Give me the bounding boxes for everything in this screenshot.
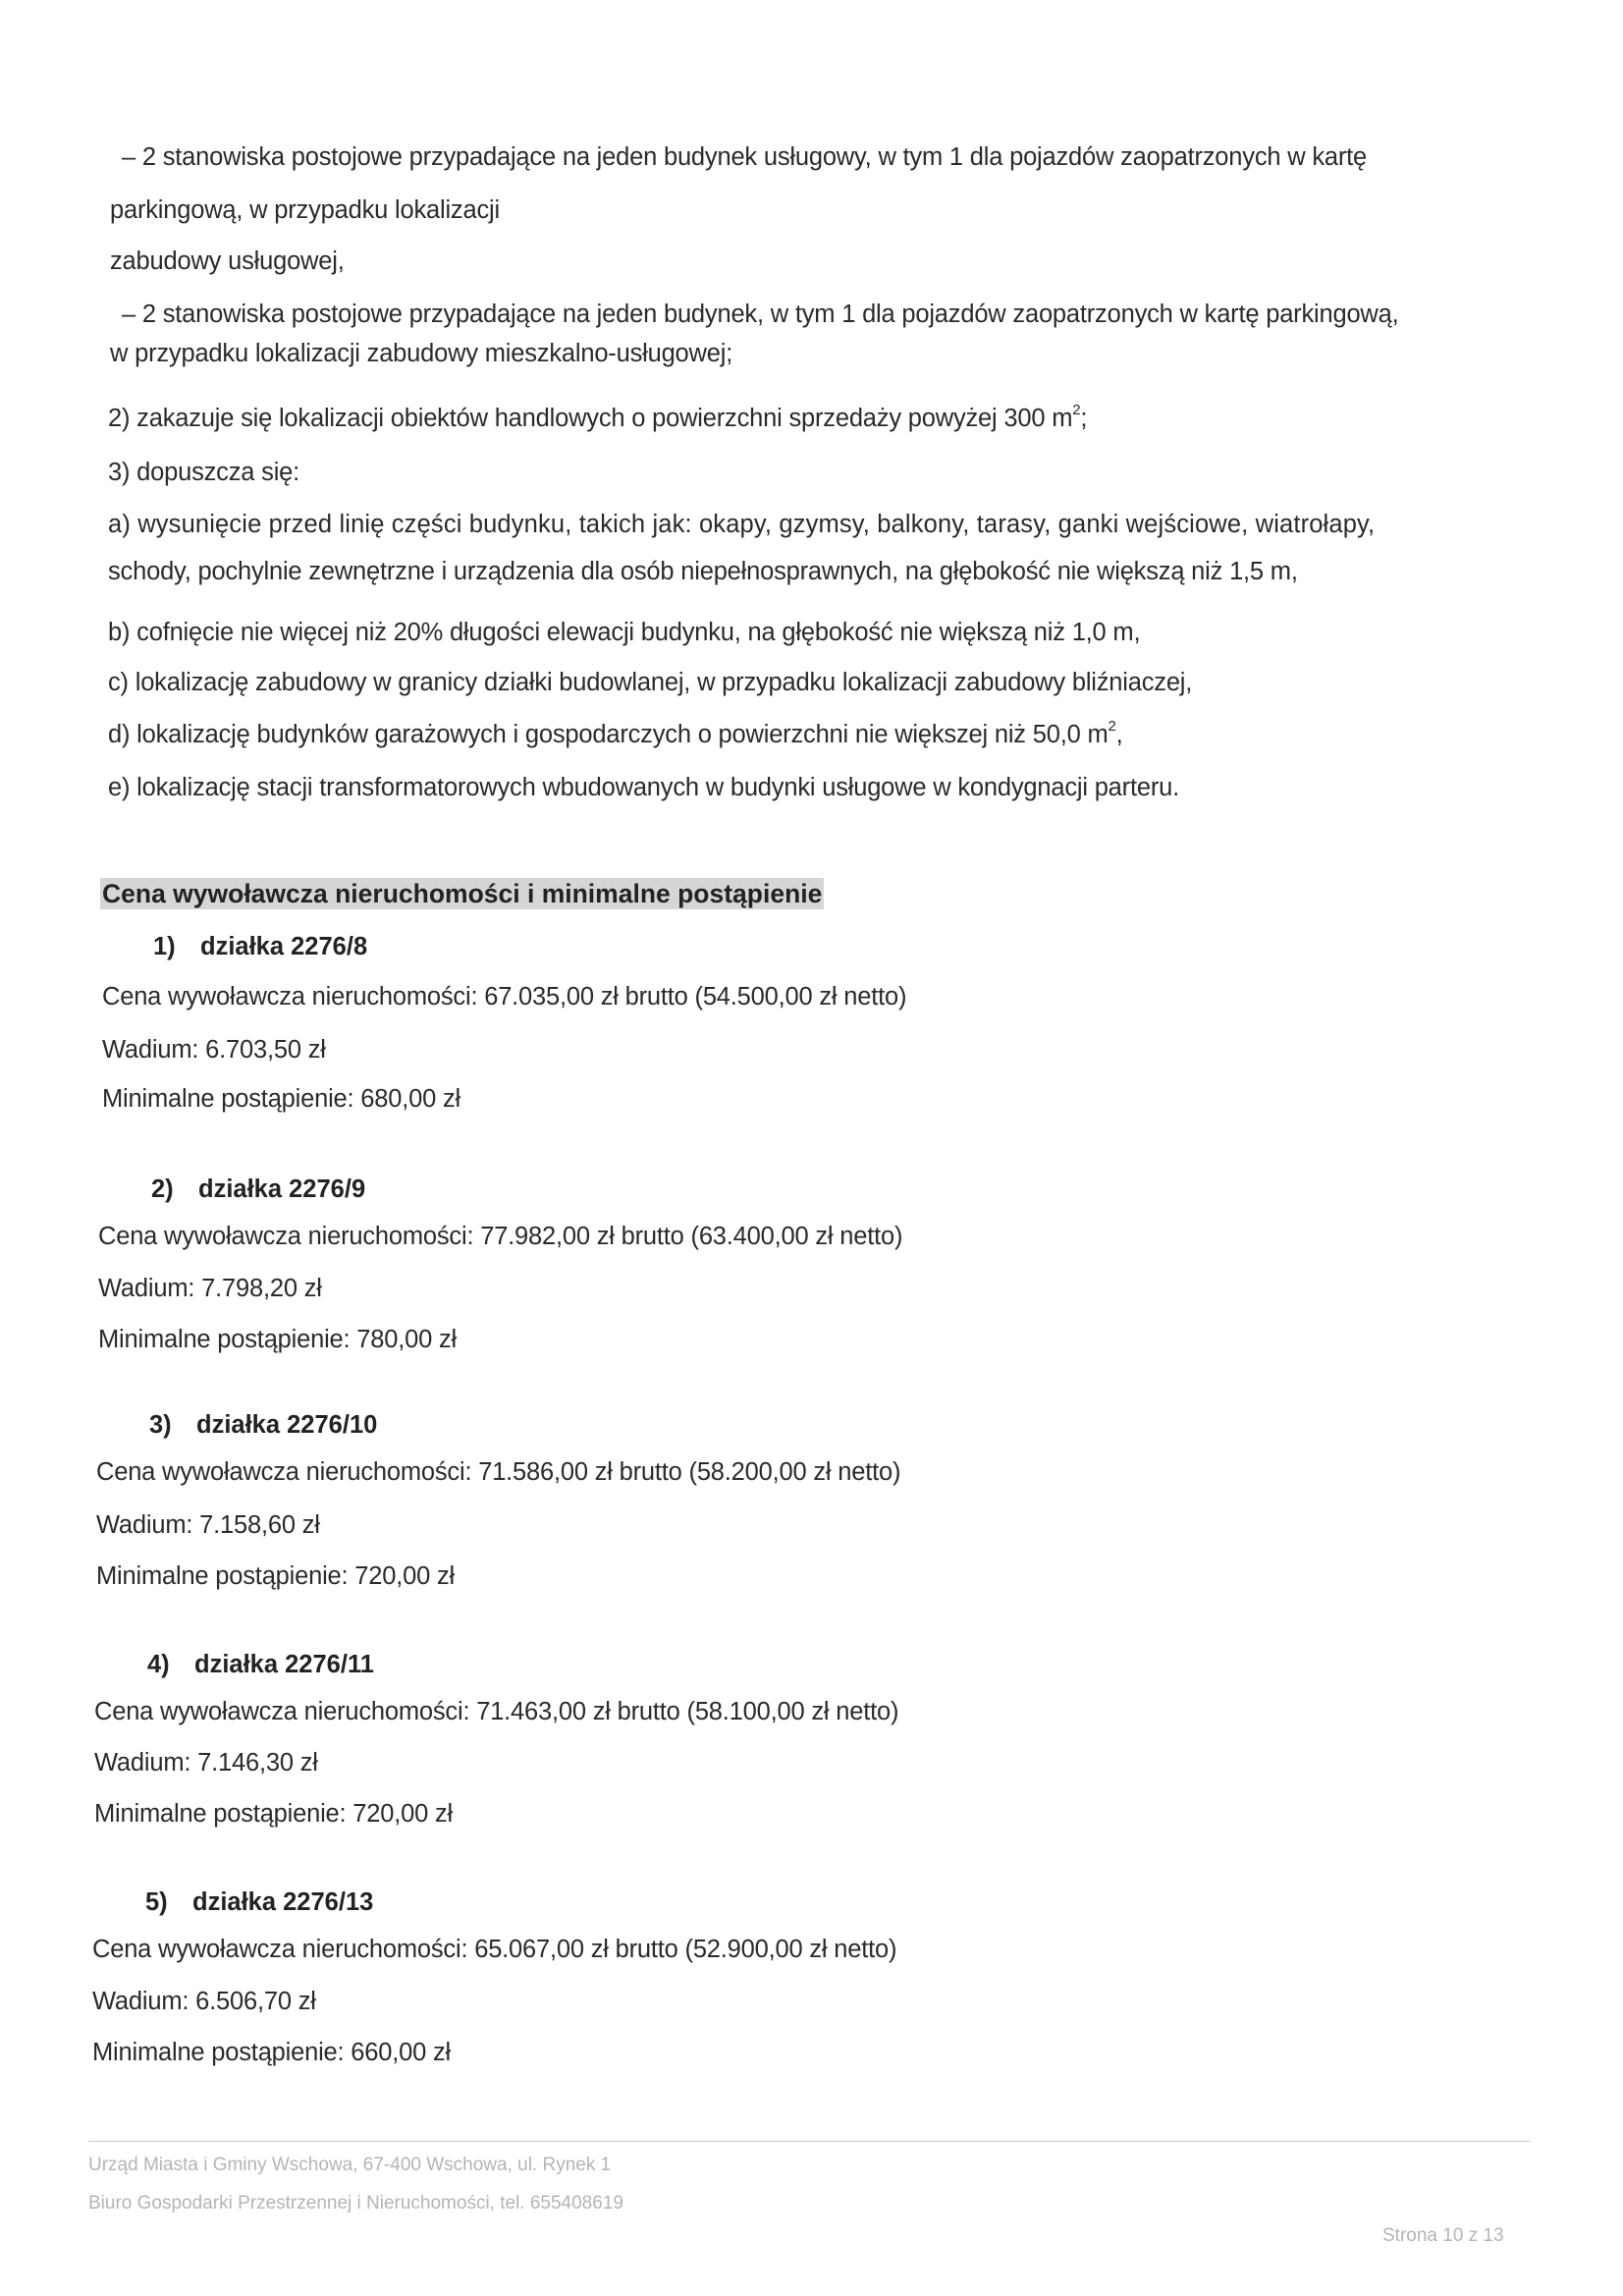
- plot-name: działka 2276/10: [196, 1411, 377, 1439]
- plot-deposit: Wadium: 6.506,70 zł: [92, 1986, 316, 2017]
- superscript: 2: [1109, 718, 1116, 735]
- footer-office: Biuro Gospodarki Przestrzennej i Nieruch…: [88, 2192, 623, 2215]
- plot-min-bid: Minimalne postąpienie: 720,00 zł: [94, 1798, 453, 1830]
- plot-price: Cena wywoławcza nieruchomości: 71.586,00…: [96, 1456, 900, 1488]
- plot-deposit: Wadium: 7.146,30 zł: [94, 1747, 318, 1778]
- plot-name: działka 2276/9: [198, 1175, 365, 1203]
- plot-deposit: Wadium: 7.798,20 zł: [98, 1273, 322, 1304]
- plot-name: działka 2276/13: [192, 1888, 373, 1916]
- rule-3: 3) dopuszcza się:: [108, 457, 299, 488]
- plot-price: Cena wywoławcza nieruchomości: 77.982,00…: [98, 1221, 902, 1252]
- plot-min-bid: Minimalne postąpienie: 680,00 zł: [102, 1083, 460, 1115]
- plot-price: Cena wywoławcza nieruchomości: 71.463,00…: [94, 1696, 898, 1727]
- plot-number: 1): [153, 931, 200, 962]
- footer-address: Urząd Miasta i Gminy Wschowa, 67-400 Wsc…: [88, 2154, 611, 2177]
- plot-title: 2)działka 2276/9: [151, 1174, 365, 1205]
- plot-min-bid: Minimalne postąpienie: 660,00 zł: [92, 2037, 451, 2068]
- plot-number: 3): [149, 1409, 196, 1441]
- plot-title: 1)działka 2276/8: [153, 931, 367, 962]
- plot-number: 2): [151, 1174, 198, 1205]
- rule-3c: c) lokalizację zabudowy w granicy działk…: [108, 667, 1192, 698]
- plot-title: 3)działka 2276/10: [149, 1409, 377, 1441]
- plot-number: 5): [145, 1886, 192, 1918]
- plot-min-bid: Minimalne postąpienie: 720,00 zł: [96, 1560, 455, 1592]
- rule-3d-tail: ,: [1116, 721, 1123, 748]
- rule-2: 2) zakazuje się lokalizacji obiektów han…: [108, 403, 1087, 438]
- rule-3e: e) lokalizację stacji transformatorowych…: [108, 772, 1179, 803]
- plot-name: działka 2276/11: [194, 1651, 374, 1678]
- page-number: Strona 10 z 13: [1382, 2224, 1504, 2248]
- plot-number: 4): [147, 1649, 194, 1680]
- plot-price: Cena wywoławcza nieruchomości: 67.035,00…: [102, 981, 906, 1012]
- plot-deposit: Wadium: 6.703,50 zł: [102, 1034, 326, 1066]
- rule-3d-text: d) lokalizację budynków garażowych i gos…: [108, 721, 1109, 748]
- body-line: zabudowy usługowej,: [110, 246, 345, 277]
- plot-title: 4)działka 2276/11: [147, 1649, 374, 1680]
- rule-2-tail: ;: [1080, 405, 1087, 432]
- body-line: w przypadku lokalizacji zabudowy mieszka…: [110, 338, 732, 369]
- rule-2-text: 2) zakazuje się lokalizacji obiektów han…: [108, 405, 1072, 432]
- plot-price: Cena wywoławcza nieruchomości: 65.067,00…: [92, 1934, 896, 1965]
- plot-deposit: Wadium: 7.158,60 zł: [96, 1509, 320, 1541]
- rule-3a-line2: schody, pochylnie zewnętrzne i urządzeni…: [108, 556, 1298, 587]
- body-line: – 2 stanowiska postojowe przypadające na…: [122, 299, 1399, 330]
- plot-title: 5)działka 2276/13: [145, 1886, 373, 1918]
- footer-divider: [88, 2141, 1530, 2142]
- rule-3d: d) lokalizację budynków garażowych i gos…: [108, 719, 1123, 754]
- superscript: 2: [1072, 402, 1080, 418]
- plot-name: działka 2276/8: [200, 933, 367, 960]
- body-line: parkingową, w przypadku lokalizacji: [110, 194, 500, 226]
- section-heading: Cena wywoławcza nieruchomości i minimaln…: [100, 878, 824, 909]
- rule-3a-line1: a) wysunięcie przed linię części budynku…: [108, 509, 1375, 540]
- rule-3b: b) cofnięcie nie więcej niż 20% długości…: [108, 617, 1140, 648]
- plot-min-bid: Minimalne postąpienie: 780,00 zł: [98, 1324, 457, 1355]
- body-line: – 2 stanowiska postojowe przypadające na…: [122, 141, 1367, 173]
